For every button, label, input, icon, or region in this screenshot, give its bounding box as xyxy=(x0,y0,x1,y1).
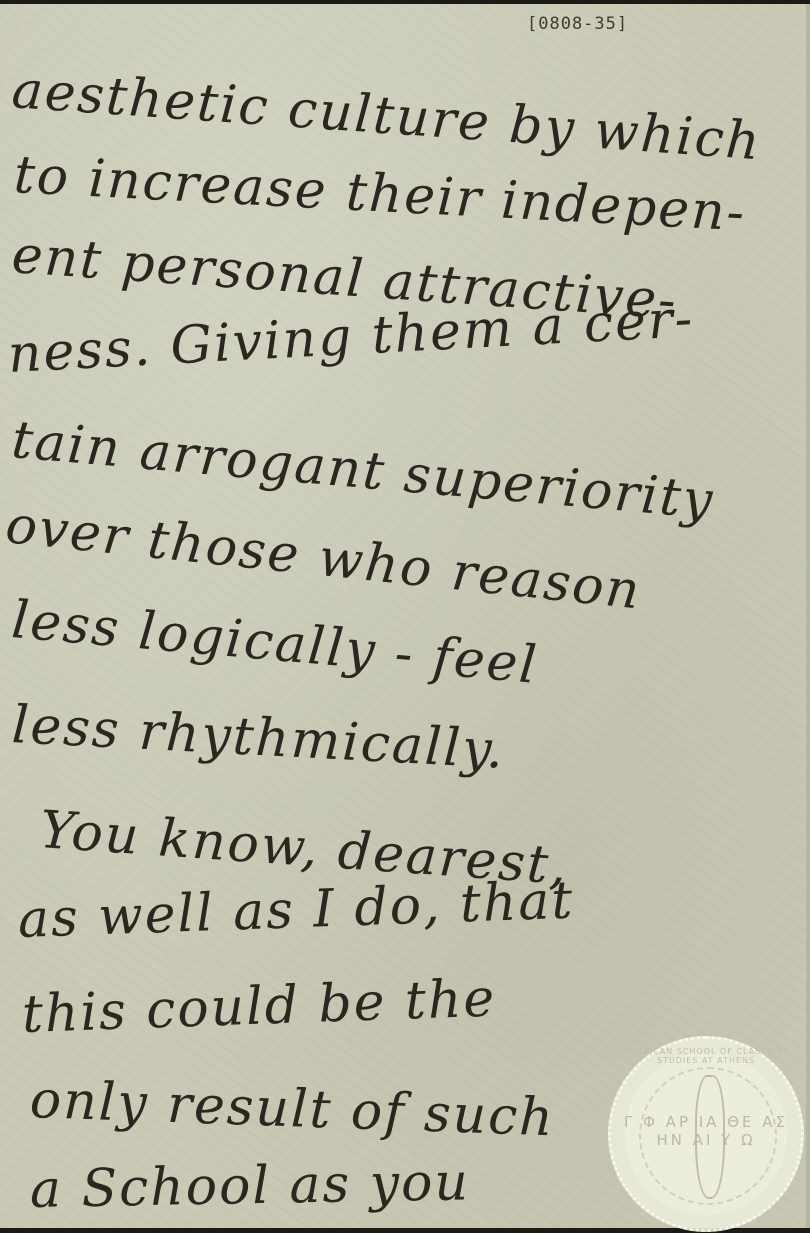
handwritten-line-13: a School as you xyxy=(29,1152,470,1220)
seal-center-letters: Γ Φ ΑΡ ΙΑ ΘΕ ΑΣ ΗΝ ΑΙ Υ Ω xyxy=(611,1113,801,1149)
archive-reference-code: [0808-35] xyxy=(527,14,628,34)
embossed-seal-stamp: AMERICAN SCHOOL OF CLASSICAL STUDIES AT … xyxy=(608,1036,804,1232)
seal-ring-text: AMERICAN SCHOOL OF CLASSICAL STUDIES AT … xyxy=(611,1047,801,1065)
page-edge xyxy=(806,4,810,1228)
